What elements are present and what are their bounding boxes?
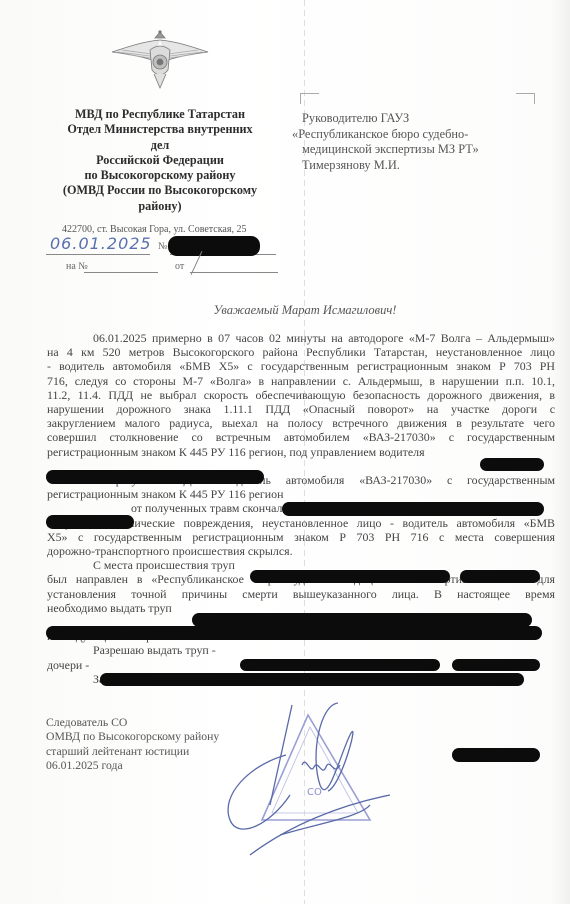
address-corner-mark [516, 93, 535, 104]
sender-line: дел [30, 138, 290, 153]
sender-line: МВД по Республике Татарстан [30, 107, 290, 122]
redaction-permit-dob [452, 659, 540, 671]
sender-line: району) [30, 199, 290, 214]
sender-line: (ОМВД России по Высокогорскому [30, 183, 290, 198]
date-underline [46, 254, 150, 255]
ref-number-label: на № [66, 261, 88, 272]
text-line: регистрационным знаком К 445 РУ 116 реги… [47, 445, 555, 459]
redaction-number [168, 236, 260, 256]
text-line: 11.2, 11.4. ПДД не выбрал скорость обесп… [47, 388, 555, 402]
redaction-driver-name [46, 470, 264, 484]
recipient-line: «Республиканское бюро судебно- [292, 127, 479, 143]
salutation: Уважаемый Марат Исмагилович! [0, 303, 570, 318]
recipient-line: медицинской экспертизы МЗ РТ» [292, 142, 479, 158]
redaction-body-name [250, 570, 450, 583]
text-line: установления точной причины смерти вышеу… [47, 587, 555, 601]
signatory-line: старший лейтенант юстиции [46, 745, 219, 759]
handwritten-date: 06.01.2025 [50, 234, 152, 253]
redaction-body-name [460, 570, 540, 583]
text-line: регистрационным знаком К 445 РУ 116 реги… [47, 487, 555, 501]
ref-number-underline [84, 272, 158, 273]
text-line: Разрешаю выдать труп - [47, 643, 555, 657]
ref-from-label: от [175, 261, 184, 272]
sender-line: Отдел Министерства внутренних [30, 122, 290, 137]
address-corner-mark [300, 93, 319, 104]
recipient-line: Тимерзянову М.И. [292, 158, 479, 174]
sender-organization: МВД по Республике Татарстан Отдел Минист… [30, 107, 290, 214]
redaction-driver-name [480, 458, 544, 471]
svg-text:СО: СО [307, 787, 322, 798]
text-line: совершил столкновение со встречным автом… [47, 430, 555, 444]
text-line: нарушении дорожного знака 1.11.1 ПДД «Оп… [47, 402, 555, 416]
ref-date-underline [190, 272, 278, 273]
redaction-recipient-details [46, 626, 542, 640]
number-label: № [158, 241, 168, 252]
text-line: - водитель автомобиля «БМВ Х5» с государ… [47, 359, 555, 373]
recipient-line: Руководителю ГАУЗ [292, 111, 479, 127]
sender-line: Российской Федерации [30, 153, 290, 168]
document-page: МВД по Республике Татарстан Отдел Минист… [0, 0, 570, 904]
signatory-block: Следователь СО ОМВД по Высокогорскому ра… [46, 716, 219, 773]
redaction-victim-dob [46, 515, 134, 529]
mvd-emblem-icon [110, 30, 210, 92]
handwritten-signature-icon [228, 703, 390, 855]
sender-line: по Высокогорскому району [30, 168, 290, 183]
redaction-permit-name [240, 659, 440, 671]
signatory-line: Следователь СО [46, 716, 219, 730]
reference-row: на № от [48, 258, 278, 278]
recipient-block: Руководителю ГАУЗ «Республиканское бюро … [292, 111, 479, 173]
text-line: Х5» с государственным регистрационным зн… [47, 530, 555, 544]
signature-and-stamp: СО [210, 695, 410, 870]
redaction-daughter-details [100, 673, 524, 686]
paragraph-incident: 06.01.2025 примерно в 07 часов 02 минуты… [47, 331, 555, 473]
redaction-victim-name [282, 502, 544, 516]
redaction-recipient-name [192, 613, 532, 627]
redaction-signatory-name [452, 748, 540, 762]
text-line: на 4 км 520 метров Высокогорского района… [47, 345, 555, 359]
text-line: 716, следуя со стороны М-7 «Волга» в нап… [47, 374, 555, 388]
signatory-line: ОМВД по Высокогорскому району [46, 730, 219, 744]
text-line: 06.01.2025 примерно в 07 часов 02 минуты… [47, 331, 555, 345]
text-line: дорожно-транспортного происшествия скрыл… [47, 544, 555, 558]
text-line: закруглением малого радиуса, выехал на п… [47, 416, 555, 430]
signatory-line: 06.01.2025 года [46, 759, 219, 773]
